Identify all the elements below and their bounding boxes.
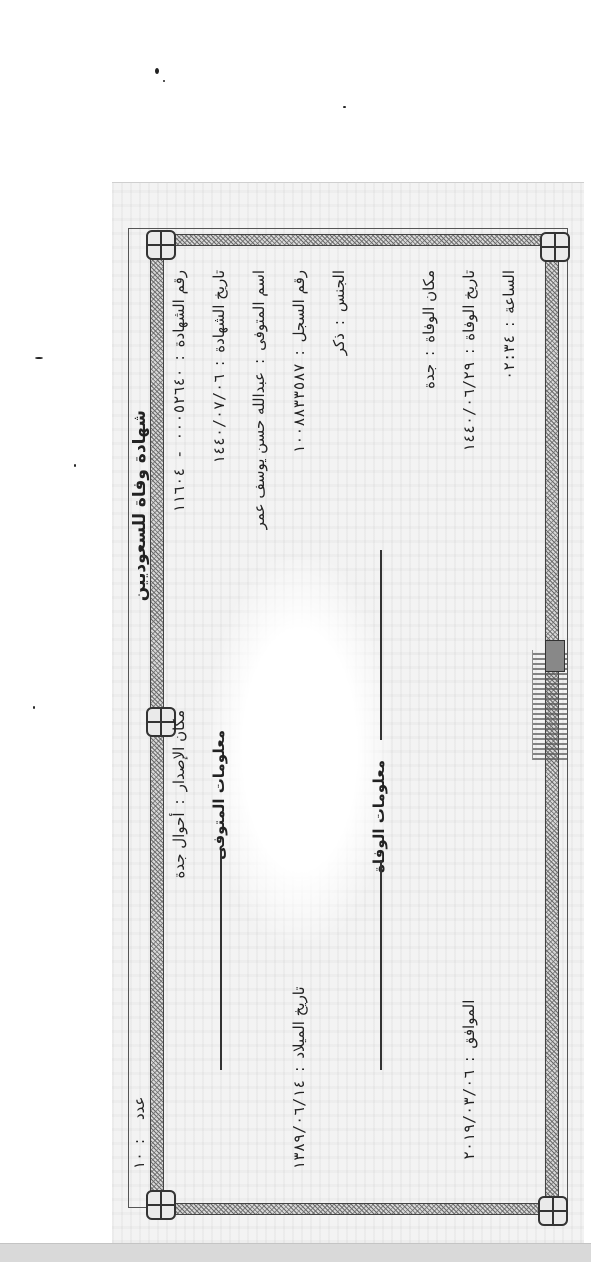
issue-date-field: تاريخ الشهادة:١٤٤٠/٠٧/٠٦ [210,270,228,464]
registry-number-value: ١٠٠٨٨٣٣٥٨٧ [290,363,308,453]
birth-date-field: تاريخ الميلاد:١٣٨٩/٠٦/١٤ [290,986,308,1170]
death-section-rule-right [380,550,382,740]
copies-label: عدد [130,1096,148,1120]
deceased-section-heading: معلومات المتوفى [210,730,228,860]
death-date-label: تاريخ الوفاة [460,270,478,341]
issue-place-label: مكان الإصدار [170,710,188,791]
viewer-bottom-bar [0,1243,591,1262]
certificate-title: شهادة وفاة للسعوديين [130,410,150,601]
death-time-value: ٠٢:٣٤ [500,335,518,380]
gender-field: الجنس:ذكر [330,270,348,355]
issue-place-field: مكان الإصدار:أحوال جدة [170,710,188,879]
issue-date-label: تاريخ الشهادة [210,270,228,353]
scan-speck [33,706,35,709]
death-date-field: تاريخ الوفاة:١٤٤٠/٠٦/٢٩ [460,270,478,452]
death-section-heading: معلومات الوفاة [370,760,388,873]
birth-date-value: ١٣٨٩/٠٦/١٤ [290,1080,308,1170]
death-date-value: ١٤٤٠/٠٦/٢٩ [460,362,478,452]
scan-speck [163,80,165,82]
certificate-content: شهادة وفاة للسعوديين عدد :١٠ رقم الشهادة… [120,240,570,1200]
death-section-rule-left [380,860,382,1070]
death-time-field: الساعة:٠٢:٣٤ [500,270,518,380]
scan-speck [35,357,43,359]
death-place-label: مكان الوفاة [420,270,438,343]
gregorian-date-field: الموافق:٢٠١٩/٠٣/٠٦ [460,1000,478,1160]
certificate-number-field: رقم الشهادة:٠٠٠٥٢٦٤٠ - ١١٦٠٤ [170,270,188,513]
copies-field: عدد [130,1096,148,1120]
registry-number-label: رقم السجل [290,270,308,342]
frame-band-bottom [160,1203,552,1215]
death-place-field: مكان الوفاة:جدة [420,270,438,389]
scan-speck [155,68,159,74]
copies-value: :١٠ [130,1131,148,1170]
deceased-section-rule [220,850,222,1070]
certificate-number-label: رقم الشهادة [170,270,188,347]
gender-label: الجنس [330,270,348,312]
registry-number-field: رقم السجل:١٠٠٨٨٣٣٥٨٧ [290,270,308,454]
deceased-name-field: اسم المتوفى:عبدالله حسن يوسف عمر [250,270,268,529]
scan-speck [74,464,76,467]
birth-date-label: تاريخ الميلاد [290,986,308,1058]
certificate-number-value: ٠٠٠٥٢٦٤٠ - ١١٦٠٤ [170,368,188,513]
death-time-label: الساعة [500,270,518,314]
corner-knot-ornament [538,1196,568,1226]
scan-speck [343,106,346,108]
death-place-value: جدة [420,364,438,389]
gregorian-date-label: الموافق [460,1000,478,1049]
gender-value: ذكر [330,333,348,355]
issue-date-value: ١٤٤٠/٠٧/٠٦ [210,374,228,464]
gregorian-date-value: ٢٠١٩/٠٣/٠٦ [460,1070,478,1160]
deceased-name-label: اسم المتوفى [250,270,268,351]
issue-place-value: أحوال جدة [170,812,188,878]
deceased-name-value: عبدالله حسن يوسف عمر [250,372,268,529]
